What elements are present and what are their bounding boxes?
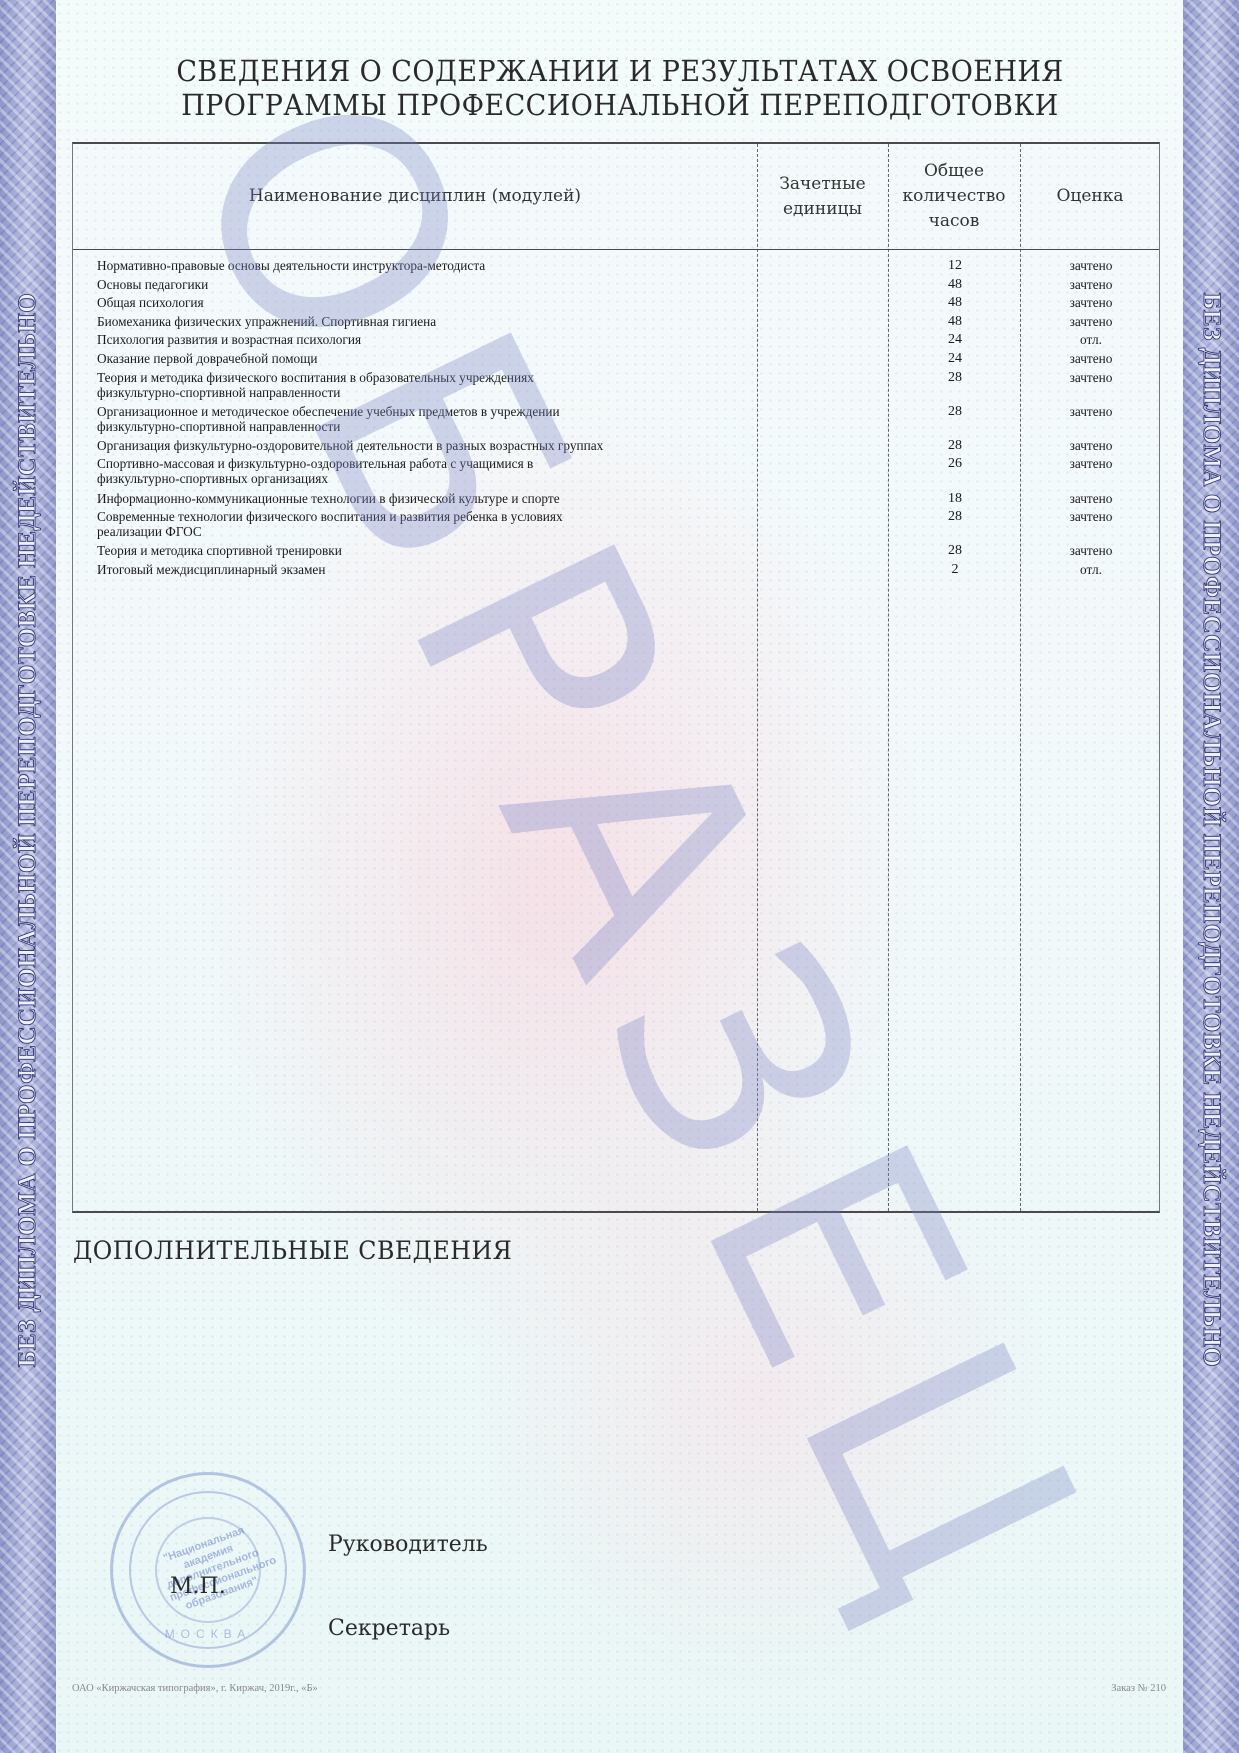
grade-value: отл. [1021, 332, 1161, 347]
hours-value: 28 [889, 509, 1021, 524]
page-title-line2: ПРОГРАММЫ ПРОФЕССИОНАЛЬНОЙ ПЕРЕПОДГОТОВК… [136, 88, 1103, 122]
stamp-city: МОСКВА [113, 1627, 303, 1641]
discipline-name: Биомеханика физических упражнений. Спорт… [97, 314, 737, 329]
header-grade: Оценка [1020, 144, 1160, 249]
stamp-center-text: "Национальная академия дополнительного п… [155, 1522, 271, 1617]
hours-value: 24 [889, 332, 1021, 347]
order-number: Заказ № 210 [1111, 1683, 1166, 1694]
discipline-name: Основы педагогики [97, 277, 737, 292]
seal-stamp: "Национальная академия дополнительного п… [110, 1472, 306, 1668]
column-divider [757, 144, 758, 1211]
hours-value: 48 [889, 277, 1021, 292]
hours-value: 24 [889, 351, 1021, 366]
hours-value: 28 [889, 404, 1021, 419]
hours-value: 28 [889, 543, 1021, 558]
header-divider [73, 249, 1159, 250]
discipline-name: Нормативно-правовые основы деятельности … [97, 258, 737, 273]
hours-value: 26 [889, 456, 1021, 471]
grade-value: зачтено [1021, 277, 1161, 292]
hours-value: 28 [889, 370, 1021, 385]
discipline-name: Спортивно-массовая и физкультурно-оздоро… [97, 456, 737, 486]
grade-value: зачтено [1021, 543, 1161, 558]
printer-info: ОАО «Киржачская типография», г. Киржач, … [72, 1683, 318, 1694]
header-hours-label: Общее [924, 159, 984, 184]
header-credits: Зачетные единицы [757, 144, 888, 249]
seal-place-label: М.П. [170, 1574, 226, 1599]
grade-value: зачтено [1021, 456, 1161, 471]
discipline-name: Психология развития и возрастная психоло… [97, 332, 737, 347]
header-credits-label: единицы [783, 197, 862, 222]
grade-value: зачтено [1021, 295, 1161, 310]
header-hours-label: часов [929, 209, 980, 234]
discipline-name: Современные технологии физического воспи… [97, 509, 737, 539]
discipline-name: Информационно-коммуникационные технологи… [97, 491, 737, 506]
hours-value: 2 [889, 562, 1021, 577]
hours-value: 18 [889, 491, 1021, 506]
additional-info-heading: ДОПОЛНИТЕЛЬНЫЕ СВЕДЕНИЯ [73, 1236, 512, 1265]
right-band-text: БЕЗ ДИПЛОМА О ПРОФЕССИОНАЛЬНОЙ ПЕРЕПОДГО… [1197, 293, 1225, 1367]
discipline-name: Организационное и методическое обеспечен… [97, 404, 737, 434]
page-title-line1: СВЕДЕНИЯ О СОДЕРЖАНИИ И РЕЗУЛЬТАТАХ ОСВО… [136, 54, 1103, 88]
header-hours-label: количество [902, 184, 1005, 209]
grade-value: зачтено [1021, 314, 1161, 329]
discipline-name: Теория и методика спортивной тренировки [97, 543, 737, 558]
header-name-label: Наименование дисциплин (модулей) [249, 184, 581, 209]
hours-value: 28 [889, 438, 1021, 453]
disciplines-table: Наименование дисциплин (модулей) Зачетны… [72, 142, 1160, 1213]
header-name: Наименование дисциплин (модулей) [73, 144, 757, 249]
header-credits-label: Зачетные [779, 172, 865, 197]
left-security-band: БЕЗ ДИПЛОМА О ПРОФЕССИОНАЛЬНОЙ ПЕРЕПОДГО… [0, 0, 56, 1753]
header-grade-label: Оценка [1056, 184, 1123, 209]
grade-value: зачтено [1021, 404, 1161, 419]
discipline-name: Теория и методика физического воспитания… [97, 370, 737, 400]
grade-value: зачтено [1021, 438, 1161, 453]
header-hours: Общее количество часов [888, 144, 1020, 249]
discipline-name: Оказание первой доврачебной помощи [97, 351, 737, 366]
discipline-name: Общая психология [97, 295, 737, 310]
hours-value: 12 [889, 258, 1021, 273]
left-band-text: БЕЗ ДИПЛОМА О ПРОФЕССИОНАЛЬНОЙ ПЕРЕПОДГО… [14, 293, 42, 1367]
grade-value: зачтено [1021, 491, 1161, 506]
signature-secretary-label: Секретарь [328, 1616, 450, 1641]
hours-value: 48 [889, 295, 1021, 310]
discipline-name: Итоговый междисциплинарный экзамен [97, 562, 737, 577]
grade-value: зачтено [1021, 370, 1161, 385]
signature-head-label: Руководитель [328, 1532, 488, 1557]
grade-value: отл. [1021, 562, 1161, 577]
grade-value: зачтено [1021, 258, 1161, 273]
grade-value: зачтено [1021, 509, 1161, 524]
discipline-name: Организация физкультурно-оздоровительной… [97, 438, 737, 453]
hours-value: 48 [889, 314, 1021, 329]
right-security-band: БЕЗ ДИПЛОМА О ПРОФЕССИОНАЛЬНОЙ ПЕРЕПОДГО… [1183, 0, 1239, 1753]
grade-value: зачтено [1021, 351, 1161, 366]
